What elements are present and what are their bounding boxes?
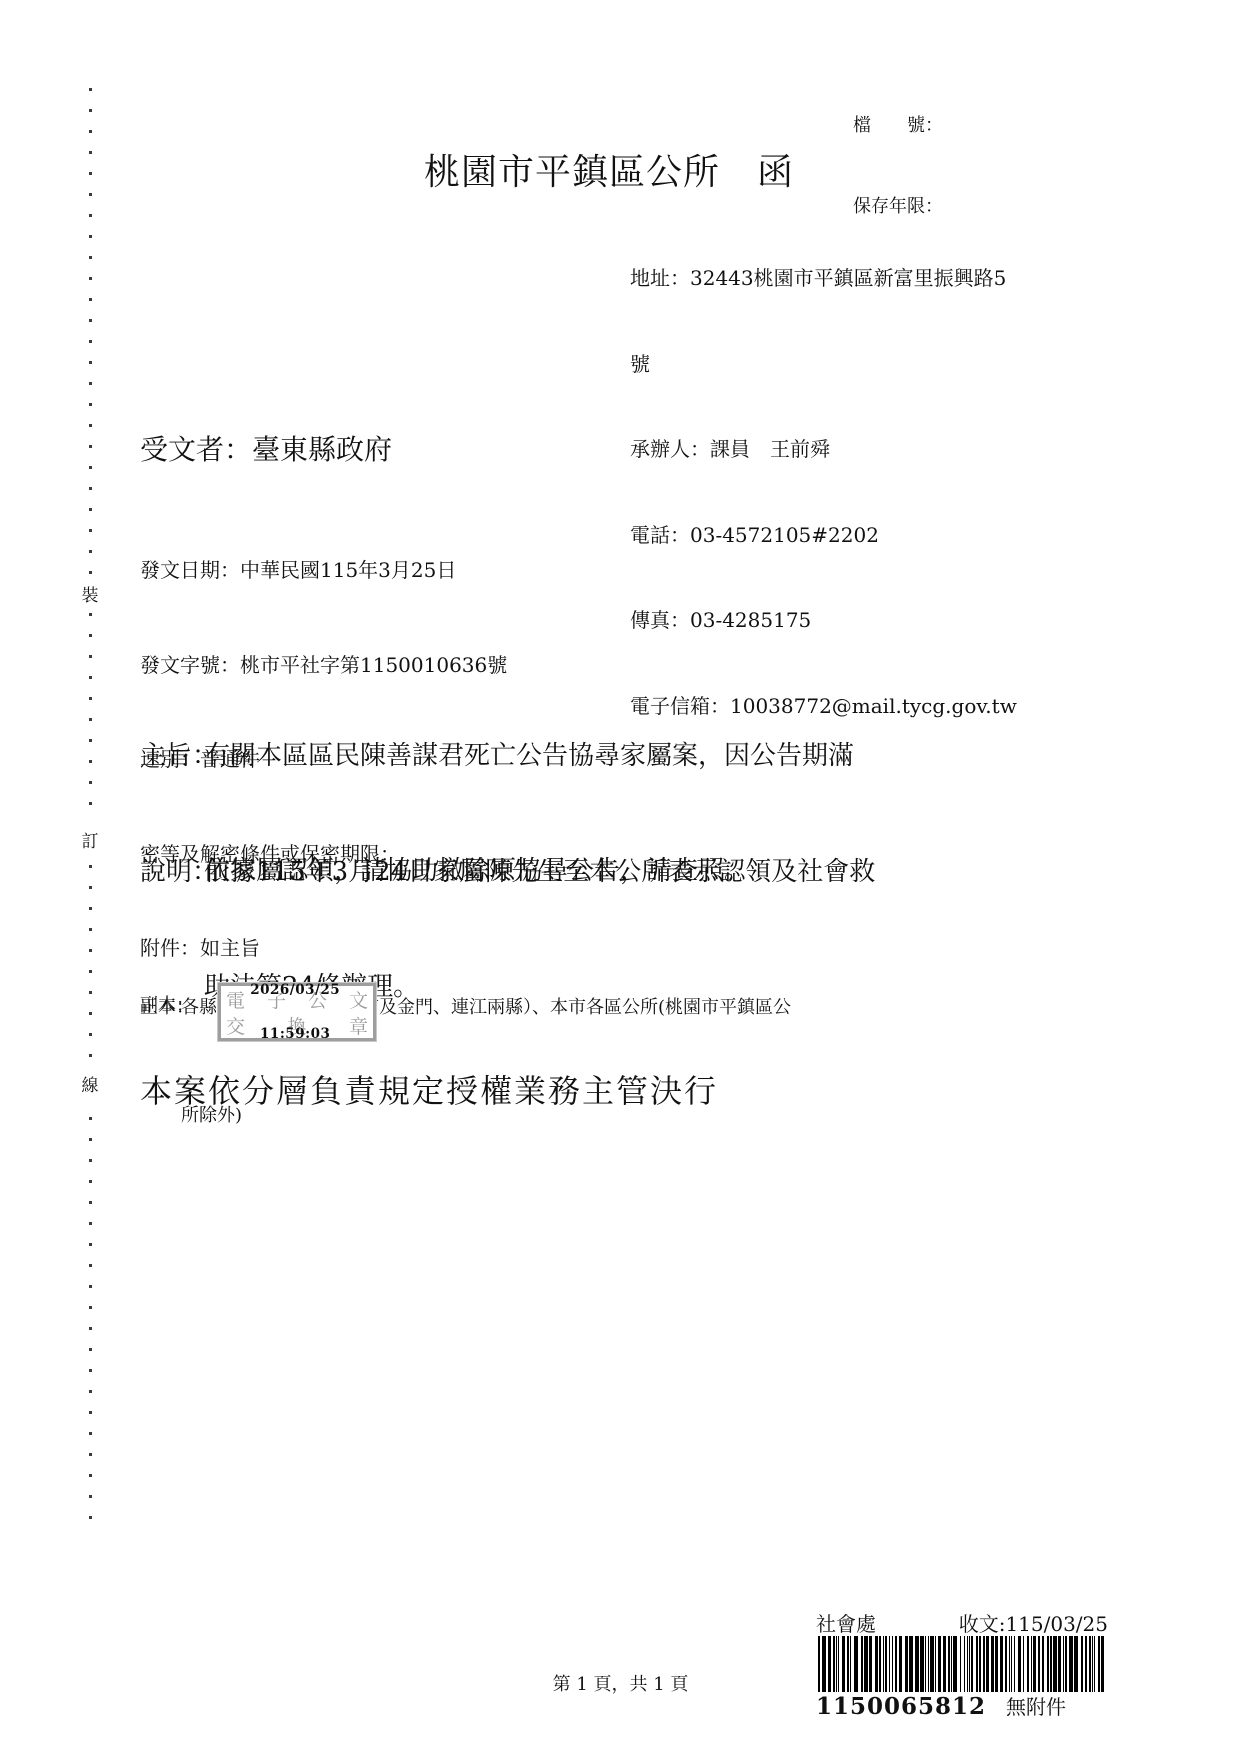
binding-mark-zhuang: 裝 [76, 576, 104, 611]
binding-mark-xian: 線 [76, 1066, 104, 1101]
sender-address-line2: 號 [630, 350, 1017, 379]
authorization-statement: 本案依分層負責規定授權業務主管決行 [140, 1066, 718, 1112]
sender-address-line1: 地址：32443桃園市平鎮區新富里振興路5 [630, 264, 1017, 293]
sender-phone: 電話：03-4572105#2202 [630, 521, 1017, 550]
binding-dotted-line [89, 88, 92, 1526]
explanation-text-1: 依據115年3月24日家屬陳先生至本公所表示認領及社會救 [204, 857, 875, 887]
sender-fax: 傳真：03-4285175 [630, 606, 1017, 635]
issue-number-line: 發文字號：桃市平社字第1150010636號 [140, 650, 507, 682]
stamp-time: 11:59:03 [250, 1027, 340, 1042]
receipt-document-number: 1150065812 [816, 1693, 986, 1720]
document-title: 桃園市平鎮區公所 函 [424, 144, 794, 195]
explanation-label: 說明： [140, 856, 204, 888]
issue-date-line: 發文日期：中華民國115年3月25日 [140, 555, 507, 587]
subject-text-1: 有關本區區民陳善謀君死亡公告協尋家屬案，因公告期滿 [204, 741, 854, 771]
binding-mark-ding: 訂 [76, 822, 104, 857]
electronic-exchange-stamp: 電子公文 交換章 2026/03/25 11:59:03 [218, 983, 376, 1041]
carbon-copy-label: 副本： [140, 991, 194, 1017]
distribution-block: 正本：各縣市政府（含各直轄市及金門、連江兩縣）、本市各區公所(桃園市平鎮區公 所… [140, 918, 791, 1206]
receipt-header-row: 社會處 收文:115/03/25 [816, 1608, 1108, 1637]
stamp-datetime: 2026/03/25 11:59:03 [250, 954, 340, 1070]
sender-contact-person: 承辦人：課員 王前舜 [630, 435, 1017, 464]
subject-line-1: 主旨：有關本區區民陳善謀君死亡公告協尋家屬案，因公告期滿 [140, 740, 854, 772]
recipient-line: 受文者：臺東縣政府 [140, 428, 392, 468]
official-letter-page: 檔 號： 保存年限： 桃園市平鎮區公所 函 地址：32443桃園市平鎮區新富里振… [0, 0, 1241, 1754]
file-no-label: 檔 號： [853, 112, 943, 139]
page-number-footer: 第 1 頁，共 1 頁 [0, 1670, 1241, 1696]
explanation-line-1: 說明：依據115年3月24日家屬陳先生至本公所表示認領及社會救 [140, 856, 875, 888]
stamp-date: 2026/03/25 [250, 983, 340, 998]
subject-label: 主旨： [140, 740, 204, 772]
receiving-department: 社會處 [816, 1608, 876, 1637]
received-date: 收文:115/03/25 [959, 1608, 1108, 1637]
